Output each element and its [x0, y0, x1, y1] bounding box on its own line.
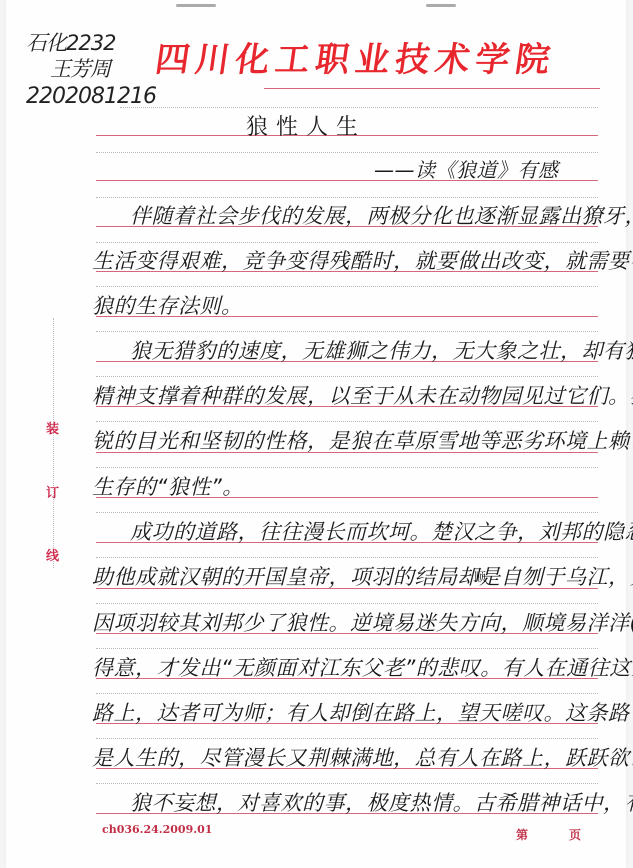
essay-line: 成功的道路，往往漫长而坎坷。楚汉之争，刘邦的隐忍、雄心， [92, 516, 633, 546]
essay-line: 狼无猎豹的速度，无雄狮之伟力，无大象之壮，却有独特的 [92, 335, 633, 365]
dotted-guide-line [96, 376, 598, 377]
notebook-page: 石化2232 王芳周 2202081216 四川化工职业技术学院 装 订 线 狼… [6, 0, 626, 868]
binding-char: 装 [46, 418, 59, 437]
dotted-guide-line [96, 738, 598, 739]
essay-line: 得意，才发出“无颜面对江东父老”的悲叹。有人在通往这条 [92, 652, 602, 682]
school-letterhead: 四川化工职业技术学院 [153, 32, 560, 81]
essay-subtitle: ——读《狼道》有感 [374, 154, 633, 183]
binder-ring-mark [426, 4, 456, 7]
dotted-guide-line [96, 331, 598, 332]
essay-line: 路上，达者可为师；有人却倒在路上，望天嗟叹。这条路可谓 [92, 697, 602, 727]
dotted-guide-line [96, 557, 598, 558]
dotted-guide-line [120, 107, 598, 108]
dotted-guide-line [96, 783, 598, 784]
essay-line: 锐的目光和坚韧的性格，是狼在草原雪地等恶劣环境上赖以 [92, 425, 602, 455]
dotted-guide-line [96, 152, 598, 153]
essay-line: 伴随着社会步伐的发展，两极分化也逐渐显露出獠牙， [92, 200, 633, 230]
form-code: ch036.24.2009.01 [102, 823, 212, 836]
essay-line: 精神支撑着种群的发展，以至于从未在动物园见过它们。狼敏 [92, 380, 602, 410]
dotted-guide-line [96, 467, 598, 468]
correction-mark: 顺 [474, 568, 486, 585]
ruled-line [264, 88, 600, 89]
essay-line: 助他成就汉朝的开国皇帝，项羽的结局却是自刎于乌江，究其 [92, 561, 602, 591]
dotted-guide-line [96, 693, 598, 694]
binding-char: 订 [46, 482, 59, 501]
page-label-suffix: 页 [569, 826, 581, 843]
essay-line: 生存的“狼性”。 [92, 471, 602, 501]
dotted-guide-line [96, 242, 598, 243]
essay-title: 狼性人生 [246, 110, 633, 141]
dotted-guide-line [96, 603, 598, 604]
binder-ring-mark [176, 4, 216, 7]
binding-margin-line [53, 318, 54, 568]
page-label-prefix: 第 [516, 826, 528, 843]
essay-line: 狼的生存法则。 [92, 290, 602, 320]
essay-line: 是人生的，尽管漫长又荆棘满地，总有人在路上，跃跃欲试。 [92, 742, 602, 772]
essay-line: 生活变得艰难，竞争变得残酷时，就要做出改变，就需要学习 [92, 245, 602, 275]
essay-line: 因项羽较其刘邦少了狼性。逆境易迷失方向，顺境易洋洋(扬扬) [92, 607, 602, 637]
dotted-guide-line [96, 286, 598, 287]
dotted-guide-line [96, 197, 598, 198]
class-label: 石化2232 [26, 30, 115, 56]
dotted-guide-line [96, 512, 598, 513]
dotted-guide-line [96, 421, 598, 422]
essay-line: 狼不妄想，对喜欢的事，极度热情。古希腊神话中，有位叫 [92, 787, 633, 817]
dotted-guide-line [96, 648, 598, 649]
binding-char: 线 [46, 545, 59, 564]
student-name: 王芳周 [50, 56, 110, 82]
